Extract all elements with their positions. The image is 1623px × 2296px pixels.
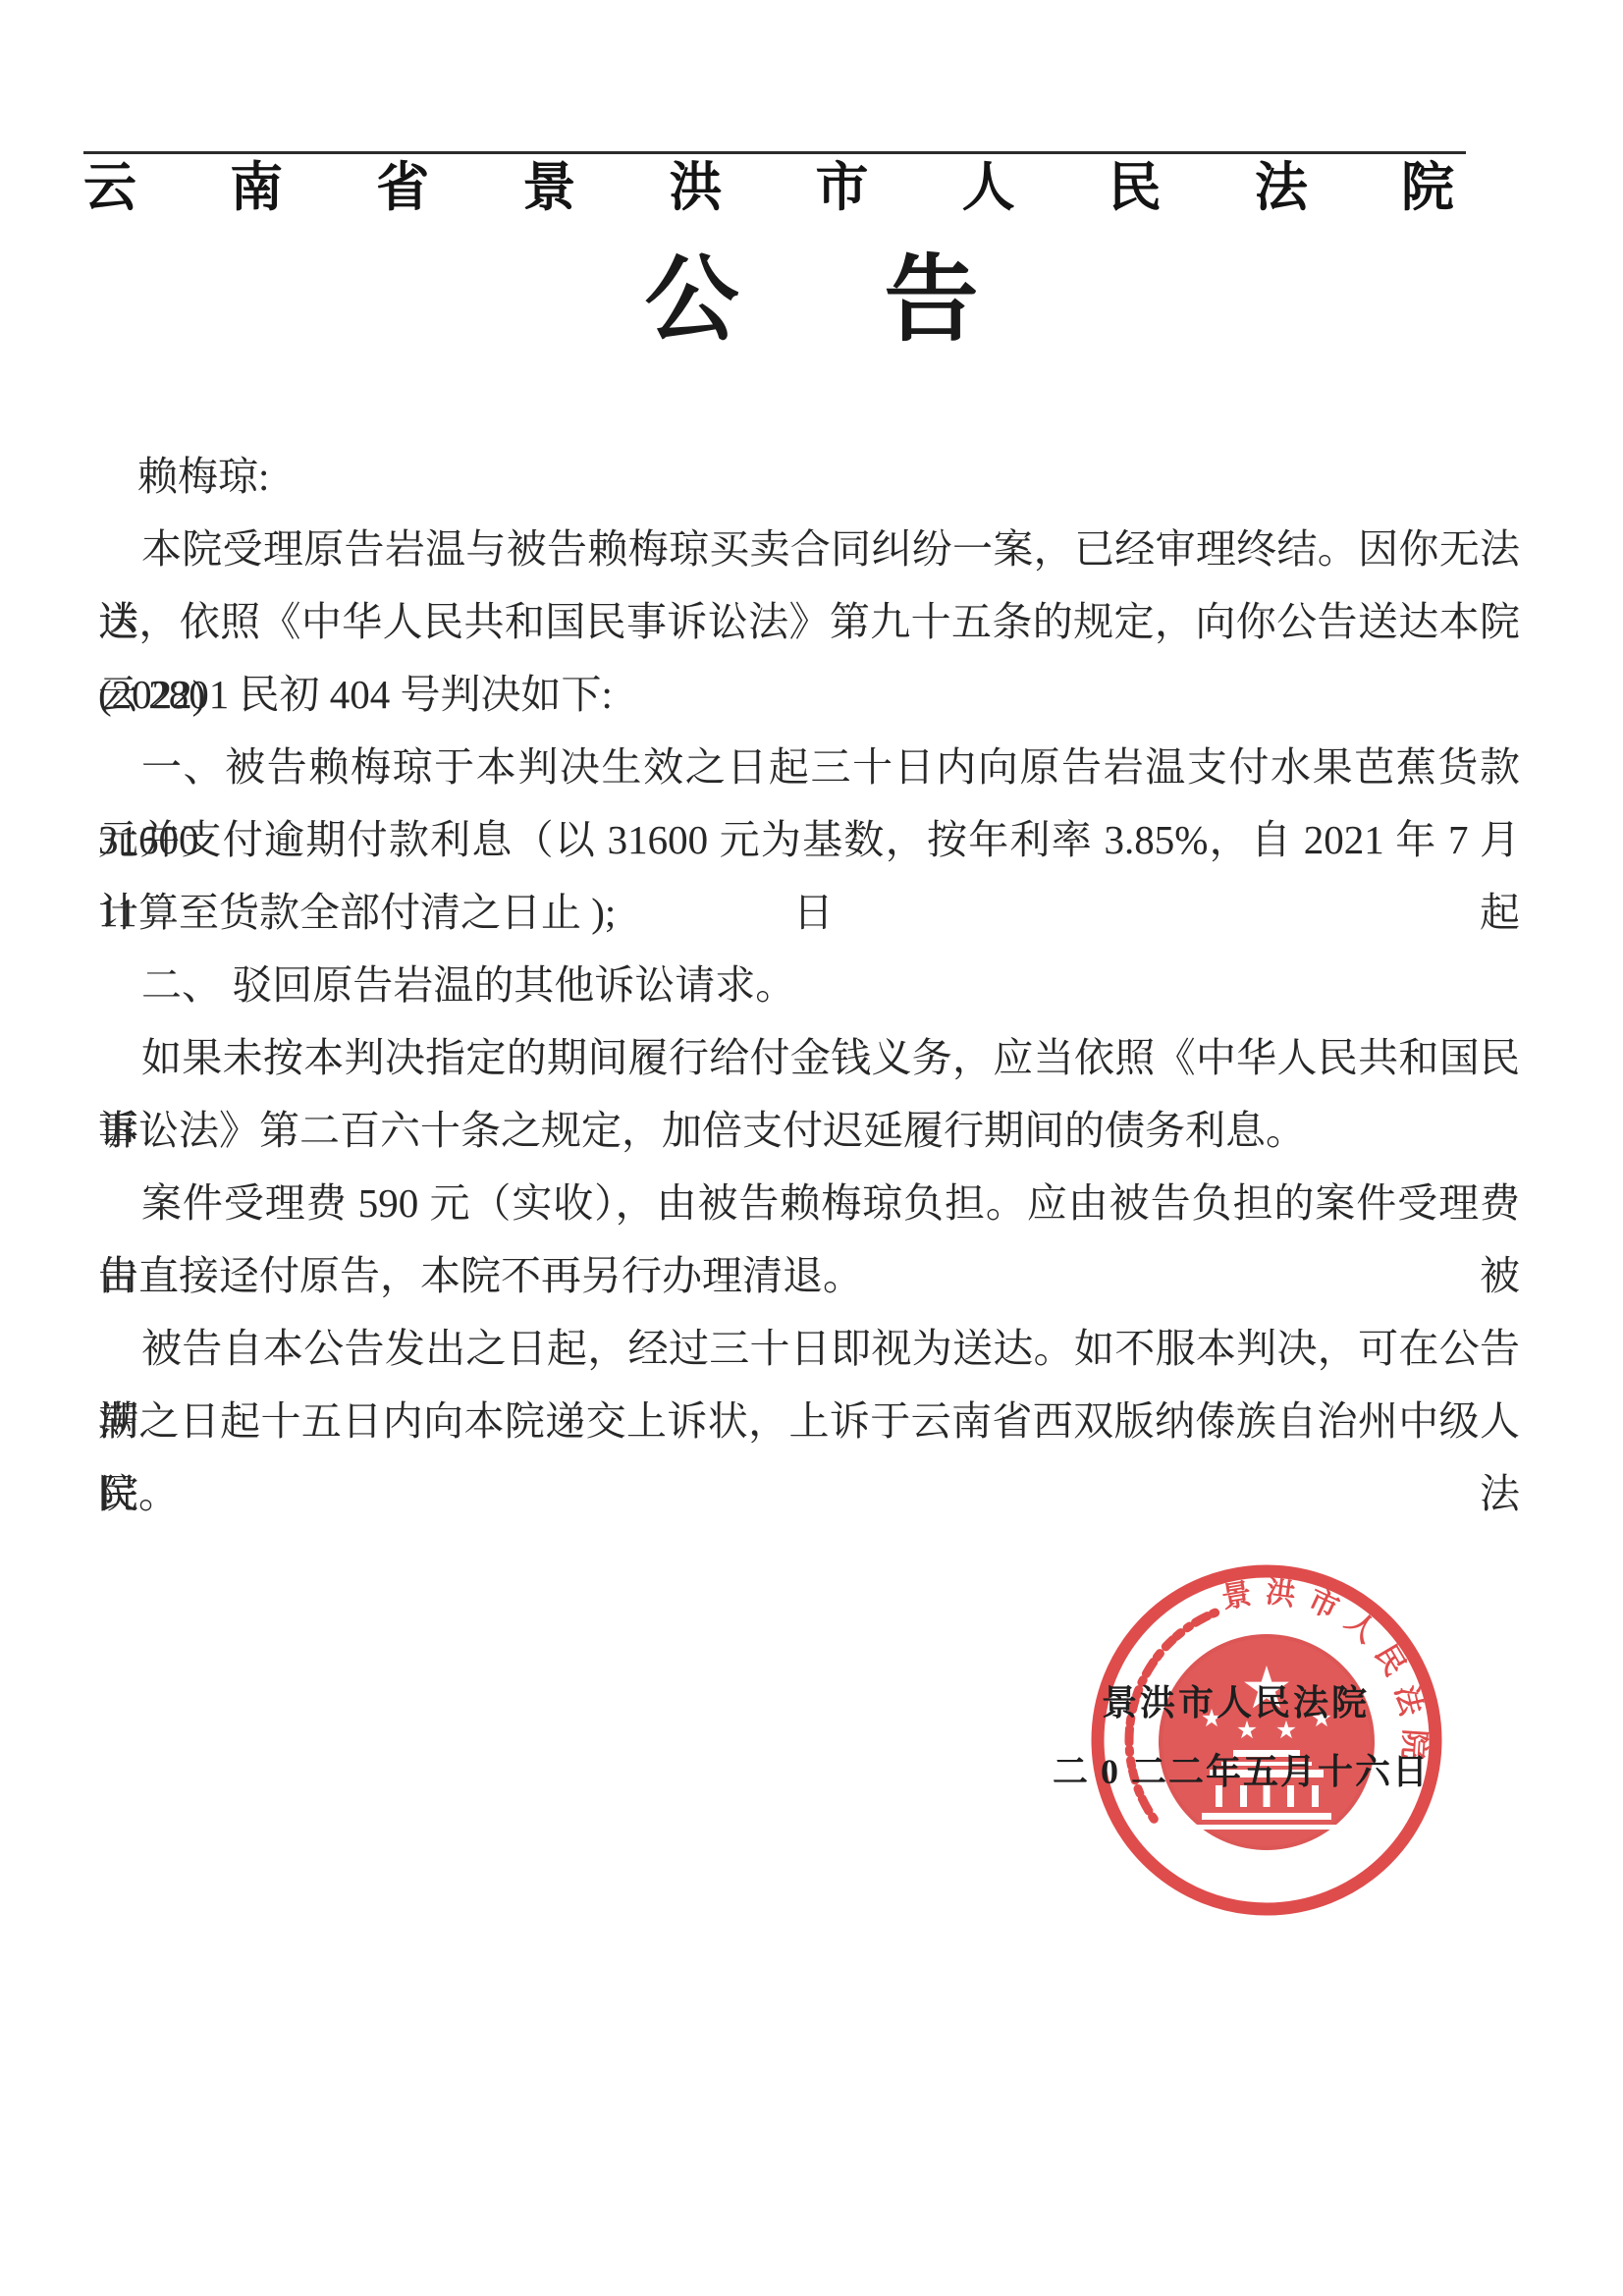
body-line: 案件受理费 590 元（实收），由被告赖梅琼负担。应由被告负担的案件受理费由被 [98, 1167, 1520, 1239]
body-line: 达，依照《中华人民共和国民事诉讼法》第九十五条的规定，向你公告送达本院(2022… [98, 585, 1520, 658]
court-title-char: 省 [376, 157, 429, 218]
header-rule [83, 151, 1466, 154]
court-title-char: 人 [962, 157, 1015, 218]
national-emblem-icon [1161, 1636, 1373, 1848]
body-line: 一、被告赖梅琼于本判决生效之日起三十日内向原告岩温支付水果芭蕉货款 31600 [98, 731, 1520, 803]
doc-title: 公告 [0, 249, 1623, 352]
salutation: 赖梅琼: [98, 440, 1520, 513]
court-title-char: 院 [1401, 157, 1454, 218]
doc-title-char: 告 [885, 249, 979, 352]
court-title-char: 法 [1255, 157, 1308, 218]
body-line: 元并支付逾期付款利息（以 31600 元为基数，按年利率 3.85%，自 202… [98, 803, 1520, 876]
signature-date: 二 0 二二年五月十六日 [1053, 1744, 1430, 1794]
court-title-char: 南 [230, 157, 283, 218]
body-line: 满之日起十五日内向本院递交上诉状，上诉于云南省西双版纳傣族自治州中级人民法 [98, 1385, 1520, 1457]
court-title-char: 景 [522, 157, 575, 218]
court-title: 云南省景洪市人民法院 [83, 157, 1454, 218]
body-line: 如果未按本判决指定的期间履行给付金钱义务，应当依照《中华人民共和国民事 [98, 1021, 1520, 1094]
body-line: 二、 驳回原告岩温的其他诉讼请求。 [98, 949, 1520, 1021]
body-line: 被告自本公告发出之日起，经过三十日即视为送达。如不服本判决，可在公告期 [98, 1312, 1520, 1385]
court-title-char: 洪 [669, 157, 722, 218]
body-line: 本院受理原告岩温与被告赖梅琼买卖合同纠纷一案，已经审理终结。因你无法送 [98, 513, 1520, 585]
court-title-char: 云 [83, 157, 136, 218]
body-line: 诉讼法》第二百六十条之规定，加倍支付迟延履行期间的债务利息。 [98, 1094, 1520, 1167]
signature-court-name: 景洪市人民法院 [1102, 1675, 1370, 1725]
doc-title-char: 公 [645, 249, 739, 352]
body-text: 赖梅琼: 本院受理原告岩温与被告赖梅琼买卖合同纠纷一案，已经审理终结。因你无法送… [98, 440, 1520, 1530]
document-page: 云南省景洪市人民法院 公告 赖梅琼: 本院受理原告岩温与被告赖梅琼买卖合同纠纷一… [0, 0, 1623, 2296]
court-title-char: 民 [1109, 157, 1162, 218]
court-seal-stamp: 景洪市人民法院 [1084, 1558, 1449, 1923]
body-line: 云 2801 民初 404 号判决如下: [98, 658, 1520, 731]
court-title-char: 市 [816, 157, 869, 218]
